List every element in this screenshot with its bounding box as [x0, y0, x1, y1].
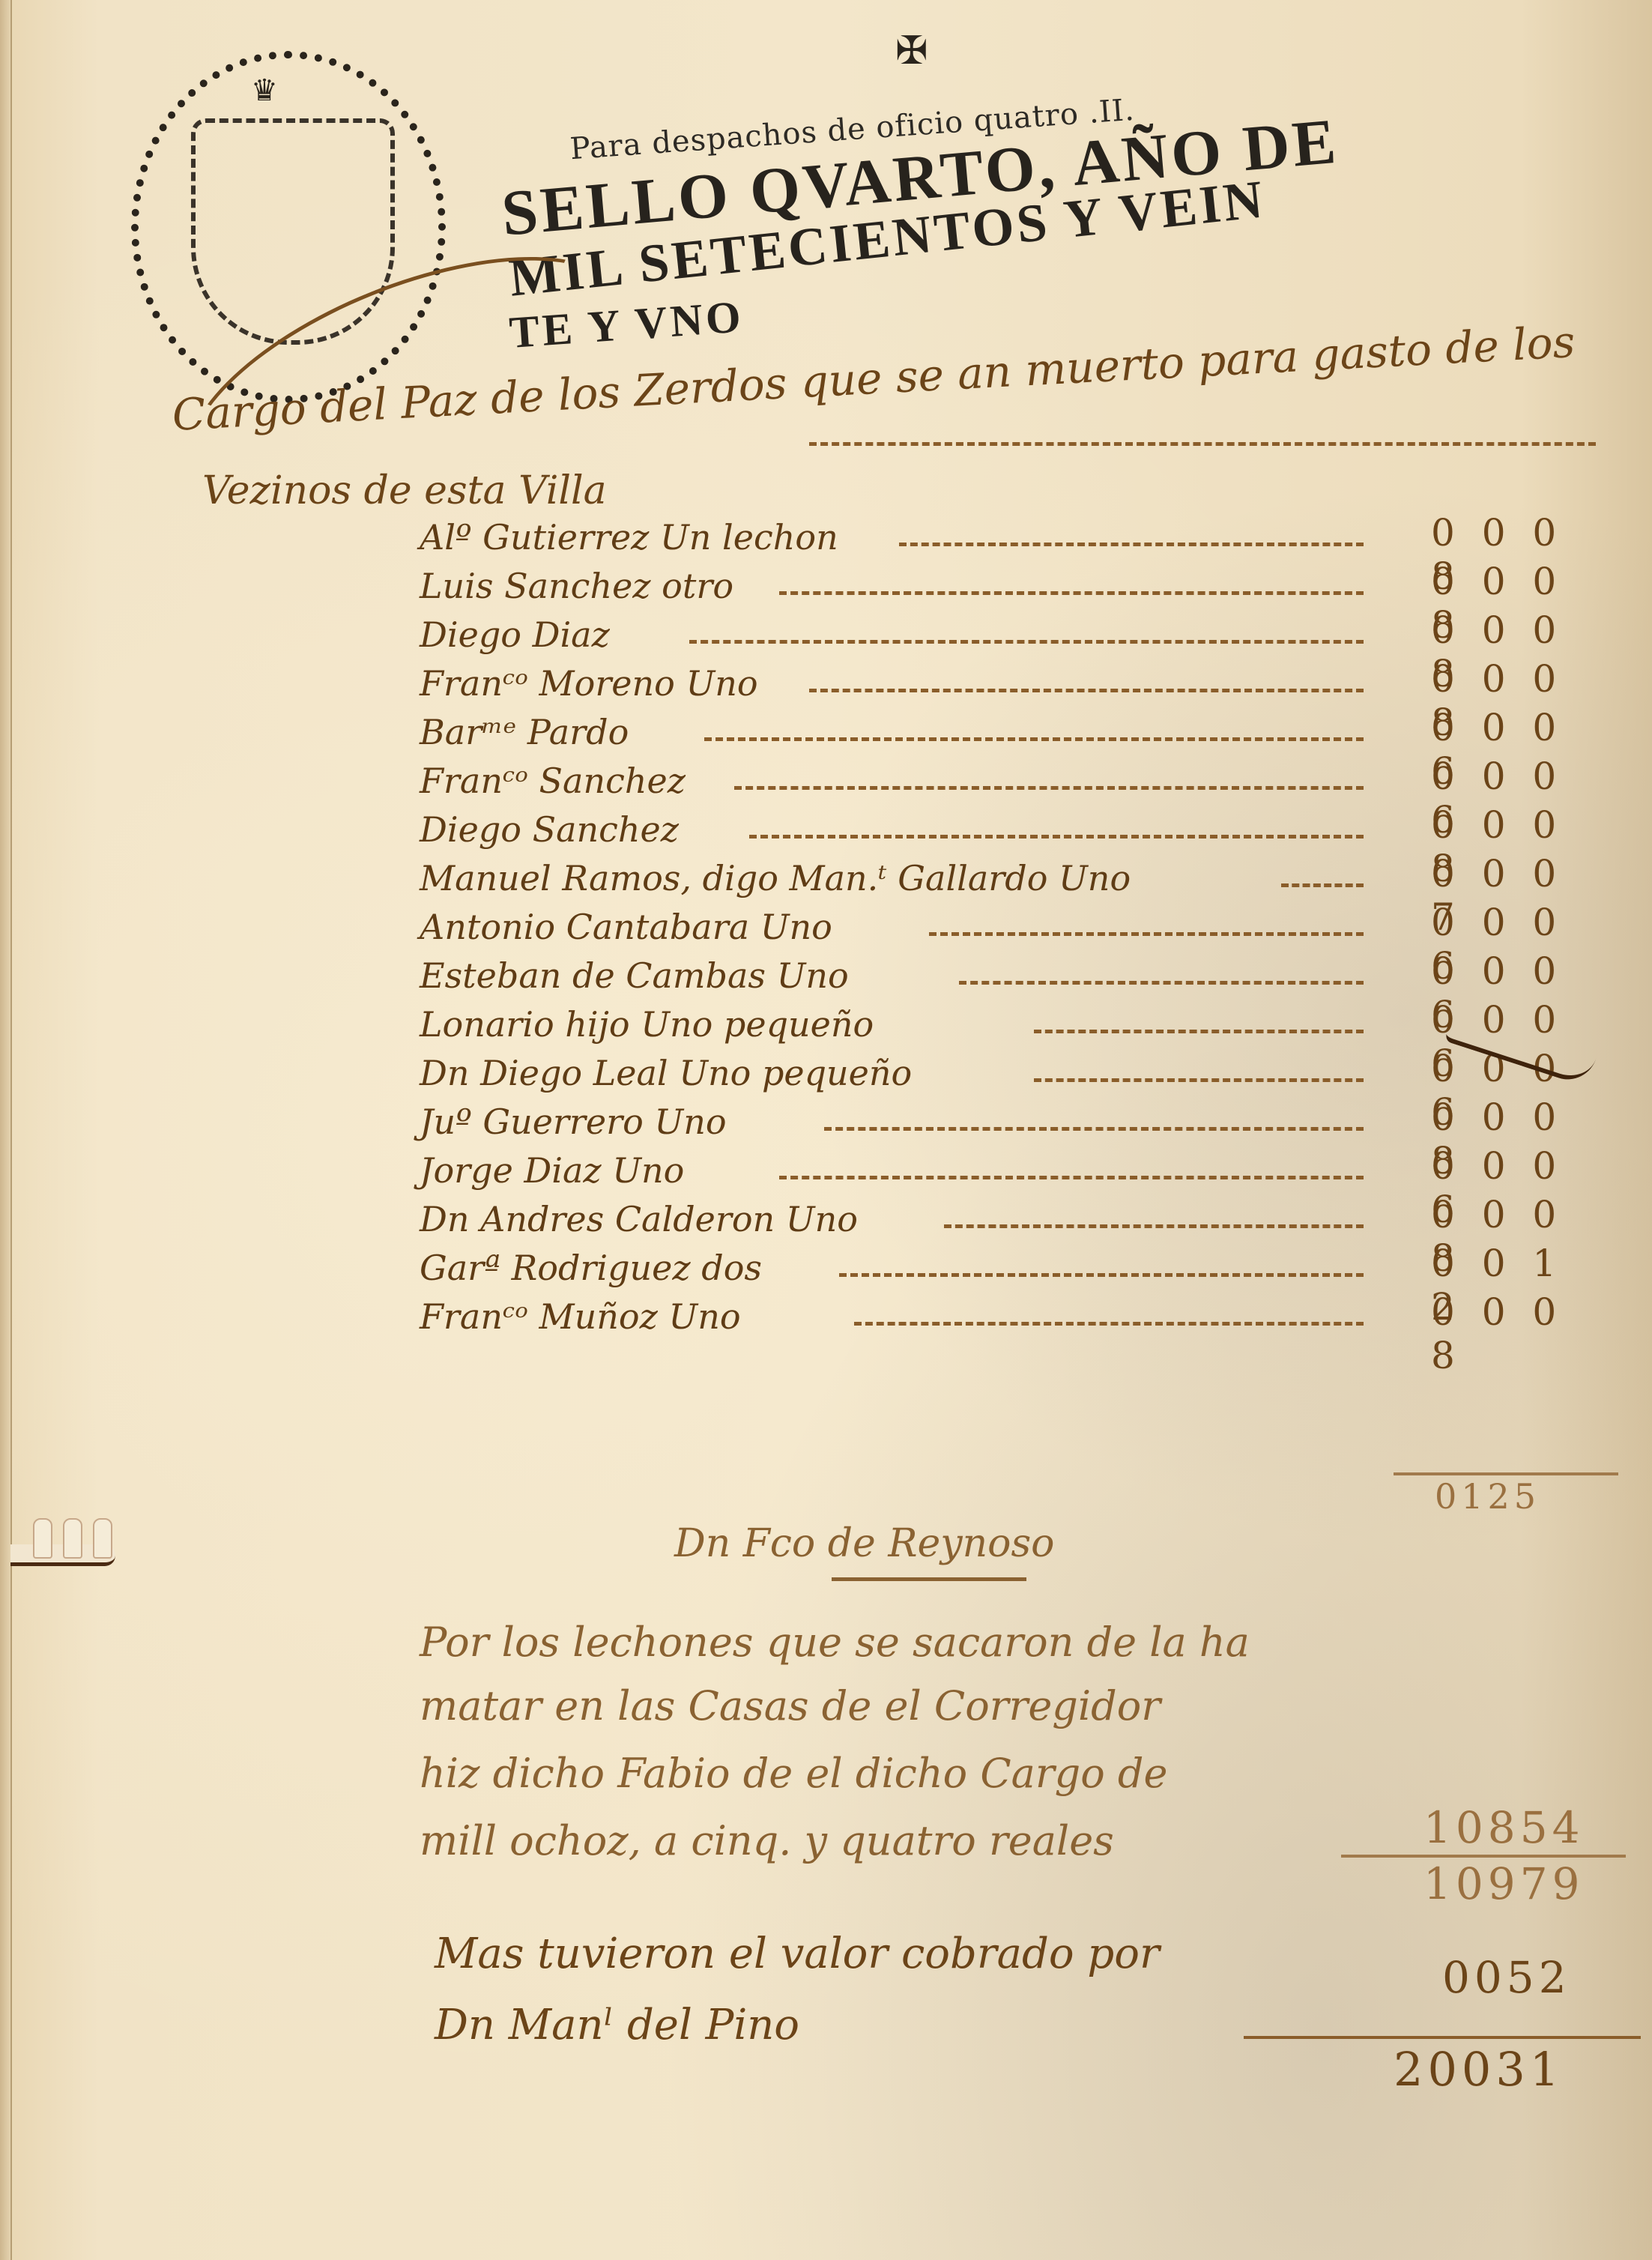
dotted-leader — [749, 835, 1364, 839]
entry-name: Alº Gutierrez Un lechon — [420, 517, 838, 558]
ledger-row: Garª Rodriguez dos 0 0 1 2 — [420, 1248, 1588, 1293]
dotted-leader — [704, 737, 1364, 741]
dotted-leader — [779, 591, 1364, 595]
entry-name: Diego Diaz — [420, 614, 610, 655]
dotted-leader — [779, 1176, 1364, 1179]
dotted-leader — [929, 932, 1364, 936]
ledger-row: Franᶜᵒ Sanchez 0 0 0 6 — [420, 761, 1588, 806]
entry-name: Lonario hijo Uno pequeño — [420, 1004, 874, 1045]
dotted-leader — [1034, 1030, 1364, 1033]
dotted-leader — [959, 981, 1364, 985]
subtotal-rule — [1394, 1472, 1618, 1475]
ledger-row: Diego Sanchez 0 0 0 8 — [420, 809, 1588, 854]
dotted-leader — [899, 543, 1364, 546]
section-title: Dn Fco de Reynoso — [674, 1521, 1054, 1566]
dotted-leader — [944, 1224, 1364, 1228]
ledger-row: Luis Sanchez otro 0 0 0 8 — [420, 566, 1588, 611]
paragraph-line: Por los lechones que se sacaron de la ha — [420, 1619, 1250, 1666]
ledger-row: Dn Diego Leal Uno pequeño 0 0 0 6 — [420, 1053, 1588, 1098]
entry-name: Esteban de Cambas Uno — [420, 955, 849, 996]
closing-line-1: Mas tuvieron el valor cobrado por — [435, 1930, 1160, 1978]
closing-amount: 0052 — [1442, 1952, 1571, 2003]
grand-total: 20031 — [1394, 2042, 1564, 2097]
paragraph-line: matar en las Casas de el Corregidor — [420, 1682, 1161, 1729]
dotted-leader — [839, 1273, 1364, 1277]
dotted-leader — [1281, 883, 1364, 887]
tab-finger — [93, 1518, 112, 1559]
ledger-row: Jorge Diaz Uno 0 0 0 6 — [420, 1150, 1588, 1195]
dotted-leader — [854, 1322, 1364, 1326]
ledger-row: Alº Gutierrez Un lechon 0 0 0 8 — [420, 517, 1588, 562]
section-sum: 10979 — [1423, 1858, 1585, 1909]
ledger-row: Antonio Cantabara Uno 0 0 0 6 — [420, 907, 1588, 952]
dotted-leader — [734, 786, 1364, 790]
entry-name: Franᶜᵒ Muñoz Uno — [420, 1296, 741, 1337]
ledger-row: Juº Guerrero Uno 0 0 0 8 — [420, 1102, 1588, 1146]
ledger-row: Manuel Ramos, digo Man.ᵗ Gallardo Uno 0 … — [420, 858, 1588, 903]
binding-thread-tab — [10, 1521, 115, 1566]
dotted-leader — [809, 689, 1364, 692]
ledger-row: Franᶜᵒ Moreno Uno 0 0 0 8 — [420, 663, 1588, 708]
closing-line-2: Dn Manˡ del Pino — [435, 2001, 799, 2049]
entry-name: Luis Sanchez otro — [420, 566, 733, 606]
dotted-leader — [1034, 1078, 1364, 1082]
header-rule — [809, 442, 1596, 446]
dotted-leader — [824, 1127, 1364, 1131]
ledger-row: Barᵐᵉ Pardo 0 0 0 6 — [420, 712, 1588, 757]
entry-name: Barᵐᵉ Pardo — [420, 712, 629, 752]
entry-name: Antonio Cantabara Uno — [420, 907, 832, 947]
paragraph-line: hiz dicho Fabio de el dicho Cargo de — [420, 1750, 1167, 1797]
cross-icon: ✠ — [895, 28, 928, 73]
total-rule — [1244, 2036, 1641, 2039]
ledger-row: Franᶜᵒ Muñoz Uno 0 0 0 8 — [420, 1296, 1588, 1341]
manuscript-page: ✠ ♛ Para despachos de oficio quatro .II.… — [0, 0, 1652, 2260]
binding-spine — [0, 0, 12, 2260]
section-amount: 10854 — [1423, 1802, 1585, 1853]
entry-amount: 0 0 0 8 — [1431, 1290, 1588, 1377]
entry-name: Franᶜᵒ Moreno Uno — [420, 663, 758, 704]
paragraph-line: mill ochoz, a cinq. y quatro reales — [420, 1817, 1114, 1864]
section-underline — [832, 1577, 1026, 1581]
entry-name: Diego Sanchez — [420, 809, 679, 850]
header-line-2: Vezinos de esta Villa — [202, 468, 607, 513]
sum-rule — [1341, 1855, 1626, 1858]
ledger-row: Dn Andres Calderon Uno 0 0 0 8 — [420, 1199, 1588, 1244]
entry-name: Dn Andres Calderon Uno — [420, 1199, 858, 1239]
entry-name: Jorge Diaz Uno — [420, 1150, 684, 1191]
ledger-row: Esteban de Cambas Uno 0 0 0 6 — [420, 955, 1588, 1000]
entry-name: Franᶜᵒ Sanchez — [420, 761, 686, 801]
subtotal-amount: 0125 — [1435, 1476, 1540, 1517]
tab-finger — [33, 1518, 52, 1559]
dotted-leader — [689, 640, 1364, 644]
entry-name: Manuel Ramos, digo Man.ᵗ Gallardo Uno — [420, 858, 1131, 898]
entry-name: Dn Diego Leal Uno pequeño — [420, 1053, 912, 1093]
entry-name: Garª Rodriguez dos — [420, 1248, 762, 1288]
crown-icon: ♛ — [251, 73, 278, 108]
tab-finger — [63, 1518, 82, 1559]
entry-name: Juº Guerrero Uno — [420, 1102, 727, 1142]
ledger-row: Lonario hijo Uno pequeño 0 0 0 6 — [420, 1004, 1588, 1049]
ledger-row: Diego Diaz 0 0 0 8 — [420, 614, 1588, 659]
